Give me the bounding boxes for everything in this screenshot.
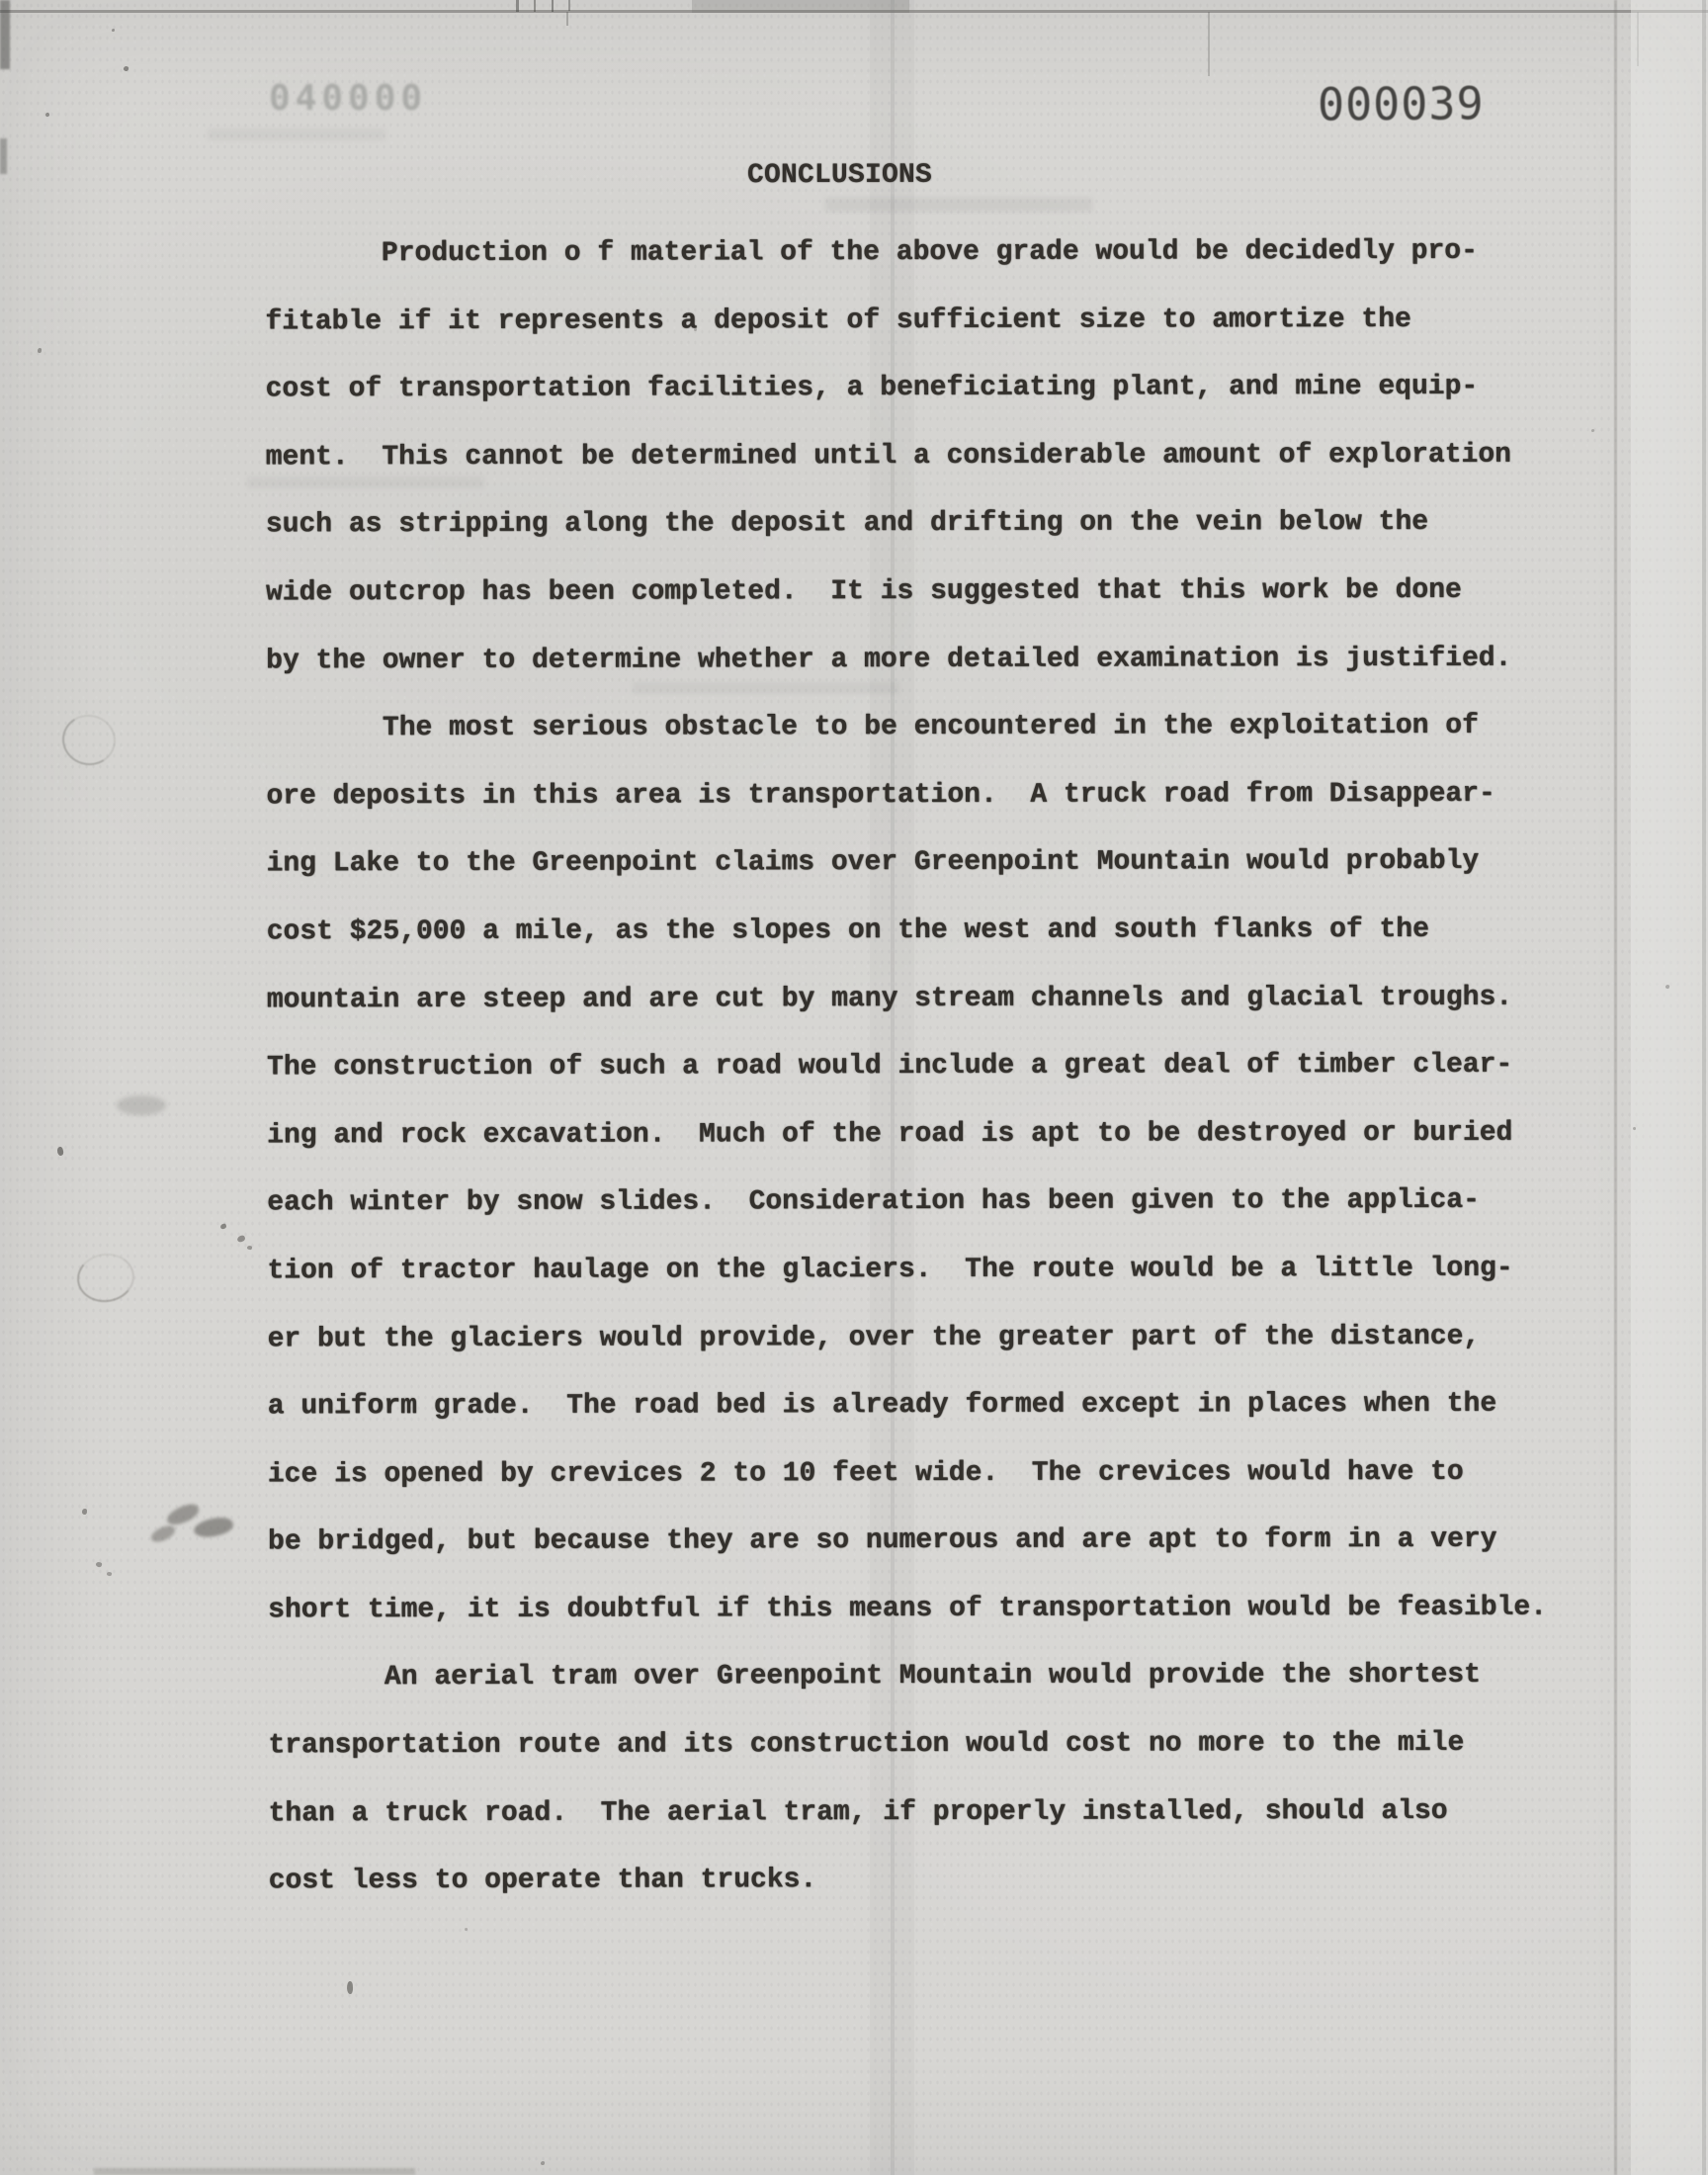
text-line: er but the glaciers would provide, over … xyxy=(268,1303,1547,1373)
scan-artifact xyxy=(552,0,554,12)
text-line: each winter by snow slides. Consideratio… xyxy=(267,1168,1546,1238)
text-line: cost $25,000 a mile, as the slopes on th… xyxy=(267,897,1546,967)
text-line: An aerial tram over Greenpoint Mountain … xyxy=(268,1642,1547,1712)
scan-artifact xyxy=(1631,0,1708,2175)
scan-artifact xyxy=(0,10,1708,13)
speck xyxy=(1633,1127,1637,1131)
speck xyxy=(95,1561,102,1568)
scan-artifact xyxy=(0,0,10,69)
text-line: ice is opened by crevices 2 to 10 feet w… xyxy=(268,1438,1547,1509)
text-line: ore deposits in this area is transportat… xyxy=(266,760,1545,830)
scan-artifact xyxy=(825,198,1092,212)
scan-artifact xyxy=(568,0,570,11)
smudge xyxy=(117,1095,166,1115)
speck xyxy=(56,1146,64,1156)
speck xyxy=(82,1509,87,1515)
page-number-stamp: 000039 xyxy=(1318,78,1485,130)
speck xyxy=(44,112,49,117)
text-line: fitable if it represents a deposit of su… xyxy=(265,286,1544,356)
speck xyxy=(1665,985,1670,990)
speck xyxy=(38,348,43,353)
document-body: Production o f material of the above gra… xyxy=(265,218,1547,1917)
scan-artifact xyxy=(566,12,568,26)
scan-artifact xyxy=(1637,12,1639,66)
ring-stain xyxy=(57,710,120,770)
section-heading: CONCLUSIONS xyxy=(747,161,932,191)
text-line: cost less to operate than trucks. xyxy=(269,1846,1548,1916)
text-line: transportation route and its constructio… xyxy=(268,1710,1547,1781)
scan-artifact xyxy=(94,2168,415,2175)
ring-stain xyxy=(74,1250,137,1306)
pencil-smudge xyxy=(148,1522,177,1545)
speck xyxy=(465,1928,468,1931)
speck xyxy=(236,1235,246,1243)
scan-artifact xyxy=(516,0,519,12)
scan-artifact xyxy=(0,138,7,174)
text-line: be bridged, but because they are so nume… xyxy=(268,1507,1547,1577)
scan-artifact xyxy=(1702,0,1706,2175)
text-line: The construction of such a road would in… xyxy=(267,1032,1546,1102)
document-page: 040000 000039 CONCLUSIONS Production o f… xyxy=(0,0,1708,2175)
pencil-smudge xyxy=(192,1514,234,1541)
fold-line xyxy=(1614,0,1617,2175)
scan-artifact xyxy=(208,129,385,140)
text-line: The most serious obstacle to be encounte… xyxy=(266,693,1545,763)
scan-artifact xyxy=(534,0,536,12)
text-line: ing and rock excavation. Much of the roa… xyxy=(267,1099,1546,1170)
speck xyxy=(1591,429,1594,432)
scan-artifact xyxy=(1208,12,1210,76)
speck xyxy=(247,1246,253,1251)
text-line: such as stripping along the deposit and … xyxy=(266,489,1545,560)
text-line: wide outcrop has been completed. It is s… xyxy=(266,558,1545,628)
speck xyxy=(541,2161,546,2166)
speck xyxy=(219,1223,226,1230)
scan-artifact xyxy=(692,0,909,13)
speck xyxy=(107,1571,113,1576)
text-line: ment. This cannot be determined until a … xyxy=(266,421,1545,491)
speck xyxy=(112,29,116,33)
text-line: by the owner to determine whether a more… xyxy=(266,625,1545,695)
text-line: mountain are steep and are cut by many s… xyxy=(267,964,1546,1034)
pencil-smudge xyxy=(164,1502,201,1528)
text-line: than a truck road. The aerial tram, if p… xyxy=(269,1778,1548,1848)
text-line: short time, it is doubtful if this means… xyxy=(268,1575,1547,1645)
ghost-number-stamp: 040000 xyxy=(269,79,427,119)
text-line: cost of transportation facilities, a ben… xyxy=(265,354,1544,424)
text-line: tion of tractor haulage on the glaciers.… xyxy=(267,1236,1546,1306)
speck xyxy=(123,65,128,71)
text-line: a uniform grade. The road bed is already… xyxy=(268,1371,1547,1441)
text-line: Production o f material of the above gra… xyxy=(265,218,1544,289)
text-line: ing Lake to the Greenpoint claims over G… xyxy=(266,828,1545,899)
speck xyxy=(347,1981,354,1994)
